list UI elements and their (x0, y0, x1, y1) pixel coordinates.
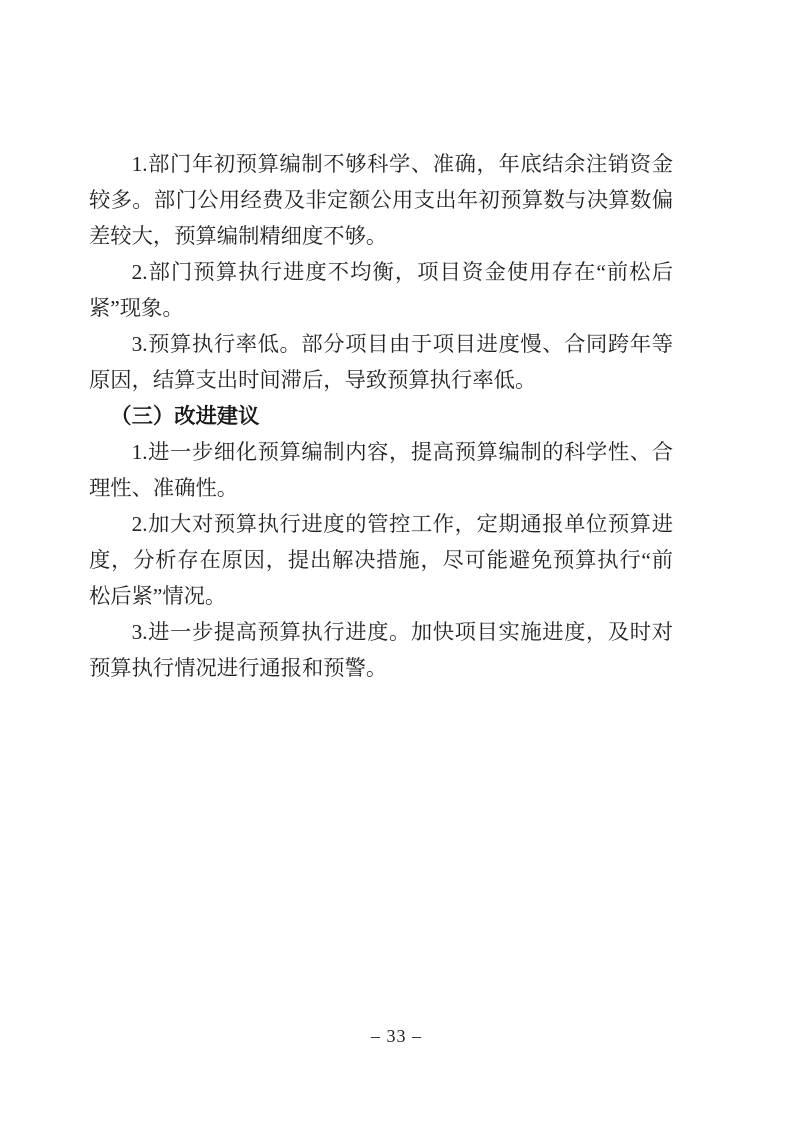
problem-paragraph-3: 3.预算执行率低。部分项目由于项目进度慢、合同跨年等原因，结算支出时间滞后，导致… (89, 326, 673, 398)
document-body: 1.部门年初预算编制不够科学、准确，年底结余注销资金较多。部门公用经费及非定额公… (89, 146, 673, 686)
problem-paragraph-1: 1.部门年初预算编制不够科学、准确，年底结余注销资金较多。部门公用经费及非定额公… (89, 146, 673, 254)
suggestion-paragraph-1: 1.进一步细化预算编制内容，提高预算编制的科学性、合理性、准确性。 (89, 434, 673, 506)
section-heading: （三）改进建议 (89, 398, 673, 434)
page-number: – 33 – (371, 1026, 422, 1046)
suggestion-paragraph-2: 2.加大对预算执行进度的管控工作，定期通报单位预算进度，分析存在原因，提出解决措… (89, 506, 673, 614)
page-footer: – 33 – (0, 1026, 793, 1047)
document-page: 1.部门年初预算编制不够科学、准确，年底结余注销资金较多。部门公用经费及非定额公… (0, 0, 793, 1122)
suggestion-paragraph-3: 3.进一步提高预算执行进度。加快项目实施进度，及时对预算执行情况进行通报和预警。 (89, 614, 673, 686)
problem-paragraph-2: 2.部门预算执行进度不均衡，项目资金使用存在“前松后紧”现象。 (89, 254, 673, 326)
